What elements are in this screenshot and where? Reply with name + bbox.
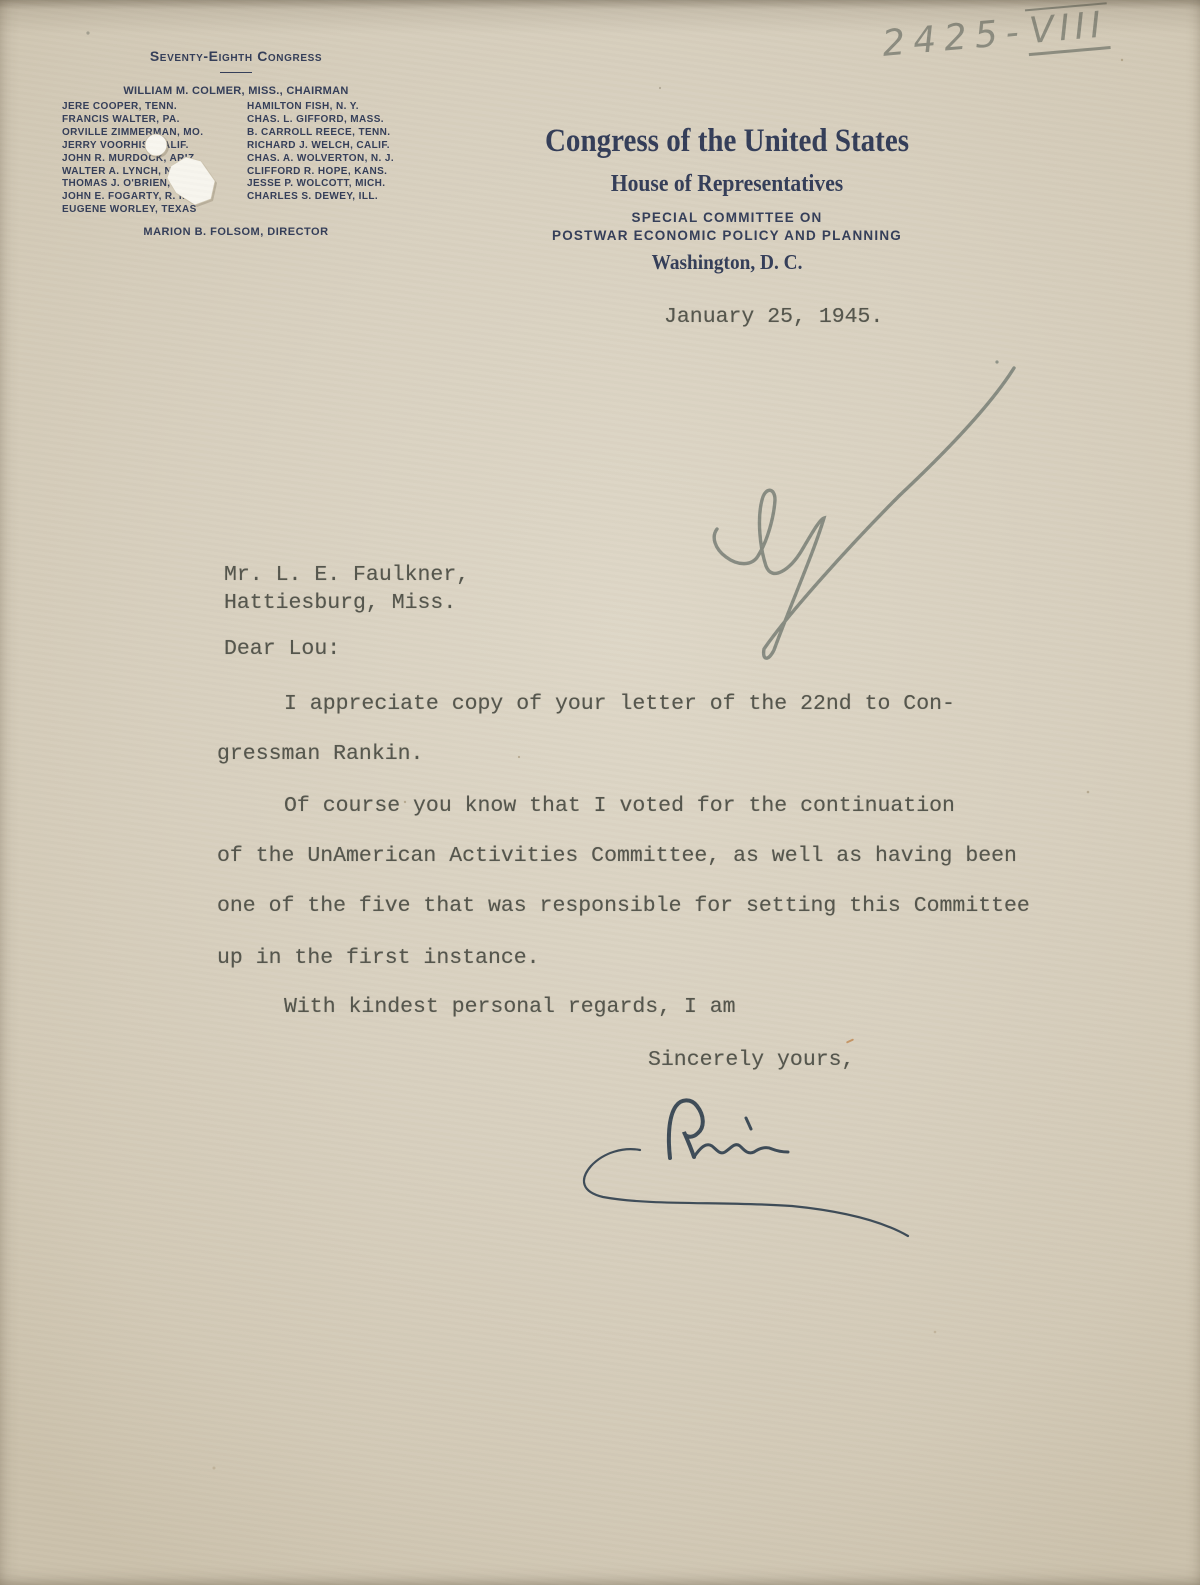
pencil-checkmark [714,368,1014,658]
member-name: JERE COOPER, TENN. [62,101,203,114]
catalog-number-digits: 2425- [881,11,1029,64]
chairman-name: WILLIAM M. COLMER, MISS., CHAIRMAN [55,85,417,97]
member-name: JOHN E. FOGARTY, R. I. [62,191,203,204]
letter-date: January 25, 1945. [664,305,883,329]
member-column-right: HAMILTON FISH, N. Y. CHAS. L. GIFFORD, M… [247,101,394,204]
member-name: B. CARROLL REECE, TENN. [247,127,394,140]
signoff-line: Sincerely yours, [648,1048,854,1072]
recipient-city: Hattiesburg, Miss. [224,591,456,615]
body-line: of the UnAmerican Activities Committee, … [217,844,1017,868]
signature-accent [746,1118,751,1129]
signature-flourish [584,1149,908,1236]
salutation: Dear Lou: [224,637,340,661]
session-divider-rule [220,72,252,73]
director-name: MARION B. FOLSOM, DIRECTOR [55,226,417,238]
member-column-left: JERE COOPER, TENN. FRANCIS WALTER, PA. O… [62,101,203,217]
org-subtitle-line: House of Representatives [487,171,968,198]
member-name: CHAS. A. WOLVERTON, N. J. [247,153,394,166]
member-name: ORVILLE ZIMMERMAN, MO. [62,127,203,140]
committee-line-2: POSTWAR ECONOMIC POLICY AND PLANNING [460,228,994,243]
congress-session-title: Seventy-Eighth Congress [55,48,417,64]
location-line: Washington, D. C. [481,250,972,275]
letter-document: 2425-VIII Seventy-Eighth Congress WILLIA… [0,0,1200,1585]
body-line: up in the first instance. [217,946,540,970]
member-name: JESSE P. WOLCOTT, MICH. [247,178,394,191]
member-name: EUGENE WORLEY, TEXAS [62,204,203,217]
signature-scribble [694,1145,788,1157]
org-title-line: Congress of the United States [492,123,962,160]
member-name: JERRY VOORHIS, CALIF. [62,140,203,153]
member-name: FRANCIS WALTER, PA. [62,114,203,127]
body-line: I appreciate copy of your letter of the … [284,692,955,716]
member-name: JOHN R. MURDOCK, ARIZ. [62,153,203,166]
member-name: CHARLES S. DEWEY, ILL. [247,191,394,204]
body-line: one of the five that was responsible for… [217,894,1030,918]
member-name: WALTER A. LYNCH, N. Y. [62,166,203,179]
committee-line-1: SPECIAL COMMITTEE ON [460,210,994,225]
catalog-number-roman: VIII [1025,2,1111,56]
recipient-name: Mr. L. E. Faulkner, [224,563,469,587]
pencil-dot [995,360,998,363]
member-name: CLIFFORD R. HOPE, KANS. [247,166,394,179]
member-name: CHAS. L. GIFFORD, MASS. [247,114,394,127]
signature-initial [669,1100,703,1158]
member-name: THOMAS J. O'BRIEN, ILL. [62,178,203,191]
catalog-number-handwritten: 2425-VIII [881,4,1111,65]
body-line: Of course you know that I voted for the … [284,794,955,818]
member-name: RICHARD J. WELCH, CALIF. [247,140,394,153]
member-name: HAMILTON FISH, N. Y. [247,101,394,114]
closing-line: With kindest personal regards, I am [284,995,736,1019]
body-line: gressman Rankin. [217,742,423,766]
